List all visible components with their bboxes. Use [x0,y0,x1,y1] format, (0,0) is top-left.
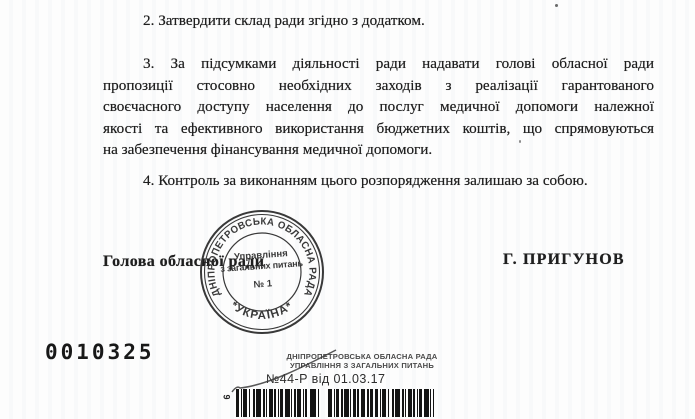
serial-number: 0010325 [45,340,155,364]
paragraph-4-text: 4. Контроль за виконанням цього розпоряд… [103,170,654,192]
signer-name: Г. ПРИГУНОВ [503,251,625,269]
paragraph-3-line: пропозиції стосовно необхідних заходів з… [103,75,654,97]
paragraph-3-line: своєчасного доступу населення до послуг … [103,96,654,118]
paragraph-3-line: якості та ефективного використання бюдже… [103,118,654,140]
paragraph-3-line: на забезпечення фінансування медичної до… [103,139,654,161]
paragraph-3-line: 3. За підсумками діяльності ради надават… [103,53,654,75]
seal-center-line2: з загальних питань [220,258,304,274]
scan-speck [555,4,558,7]
barcode-side-char: 9 [222,394,232,399]
paragraph-2: 2. Затвердити склад ради згідно з додатк… [103,10,654,32]
paragraph-4: 4. Контроль за виконанням цього розпоряд… [103,170,654,192]
seal-center-line3: № 1 [253,278,273,290]
barcode [236,389,434,417]
seal-ring-bottom-text: *УКРАЇНА* [228,300,296,322]
round-seal-stamp: ДНІПРОПЕТРОВСЬКА ОБЛАСНА РАДА *УКРАЇНА* … [192,202,332,342]
scanned-document-page: 2. Затвердити склад ради згідно з додатк… [0,0,695,419]
pen-stroke-mark [228,342,358,394]
paragraph-2-text: 2. Затвердити склад ради згідно з додатк… [103,10,654,32]
paragraph-3: 3. За підсумками діяльності ради надават… [103,53,654,161]
